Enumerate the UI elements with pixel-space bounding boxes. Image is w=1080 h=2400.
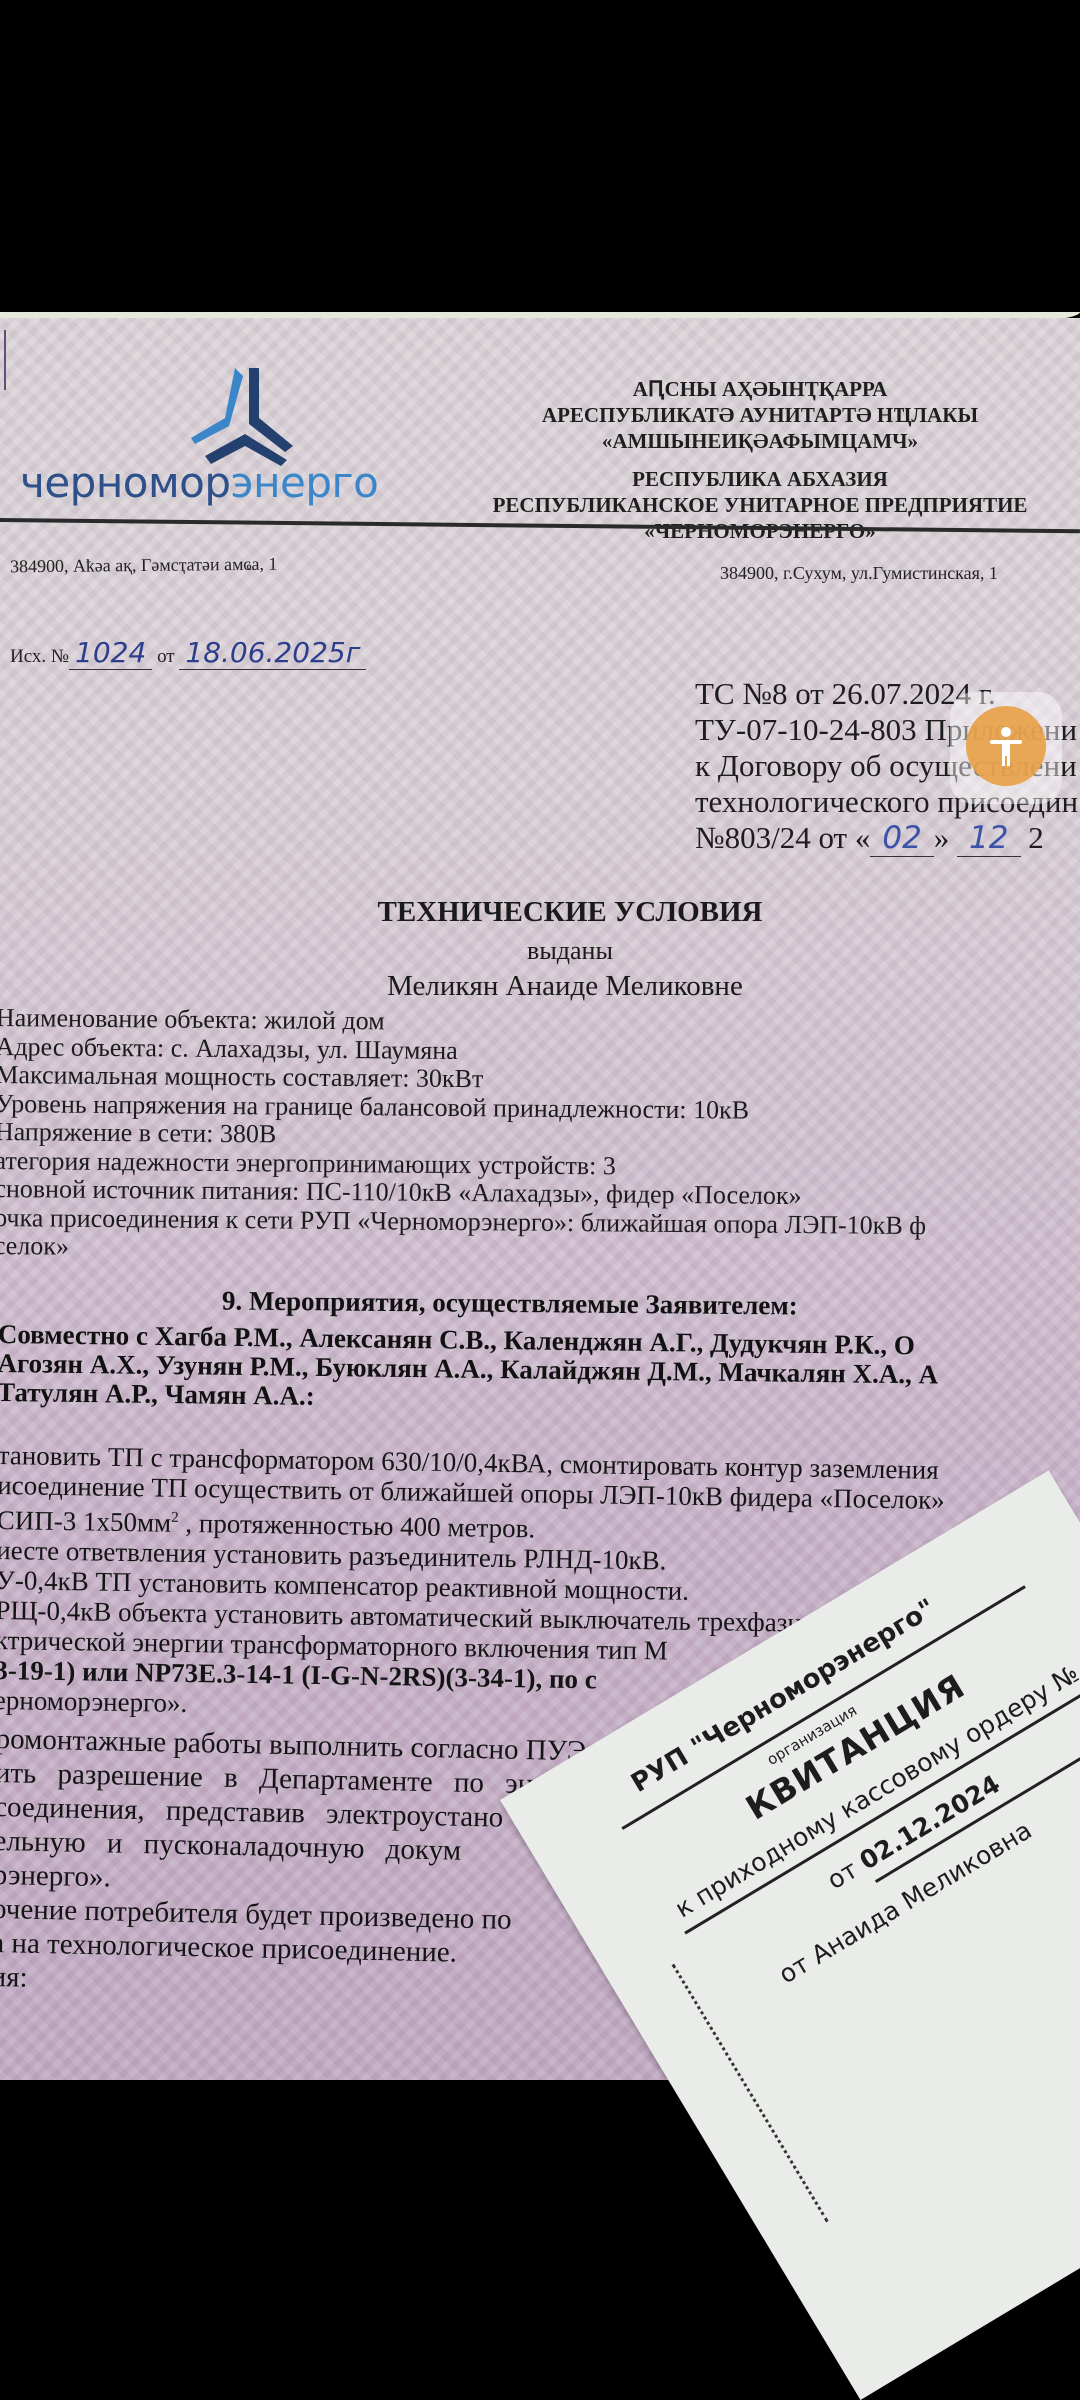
handwritten-month: 12 bbox=[957, 820, 1020, 857]
co-applicants-list: Совместно с Хагба Р.М., Алексанян С.В., … bbox=[0, 1320, 939, 1418]
organization-header: АԤСНЫ АҲӘЫНҬҚАРРА АРЕСПУБЛИКАТӘ АУНИТАРТ… bbox=[440, 376, 1080, 544]
accessibility-person-icon bbox=[972, 712, 1040, 780]
perforation-line bbox=[672, 1964, 829, 2223]
chernomorenergo-logo: черноморэнерго bbox=[20, 358, 400, 508]
accessibility-menu-button[interactable] bbox=[950, 692, 1062, 804]
handwritten-day: 02 bbox=[870, 820, 933, 857]
issued-label: выданы bbox=[0, 936, 1080, 966]
logo-wordmark: черноморэнерго bbox=[20, 458, 378, 507]
address-abkhaz: 384900, Аҟәа ақ, Гәмсҭатәи амҩа, 1 bbox=[10, 554, 278, 578]
address-russian: 384900, г.Сухум, ул.Гумистинская, 1 bbox=[720, 563, 998, 584]
section-9-title: 9. Мероприятия, осуществляемые Заявителе… bbox=[222, 1285, 798, 1321]
outgoing-number: Исх. №1024 от 18.06.2025г bbox=[10, 636, 366, 670]
handwritten-date: 18.06.2025г bbox=[179, 636, 366, 670]
installation-requirements: ромонтажные работы выполнить согласно ПУ… bbox=[0, 1722, 586, 2006]
handwritten-number: 1024 bbox=[69, 636, 152, 670]
margin-line bbox=[4, 330, 6, 390]
logo-tri-blade-icon bbox=[185, 368, 305, 468]
object-details: Наименование объекта: жилой дом Адрес об… bbox=[0, 1004, 928, 1269]
recipient-name: Меликян Анаиде Меликовне bbox=[0, 970, 1080, 1003]
document-title: ТЕХНИЧЕСКИЕ УСЛОВИЯ bbox=[0, 896, 1080, 929]
